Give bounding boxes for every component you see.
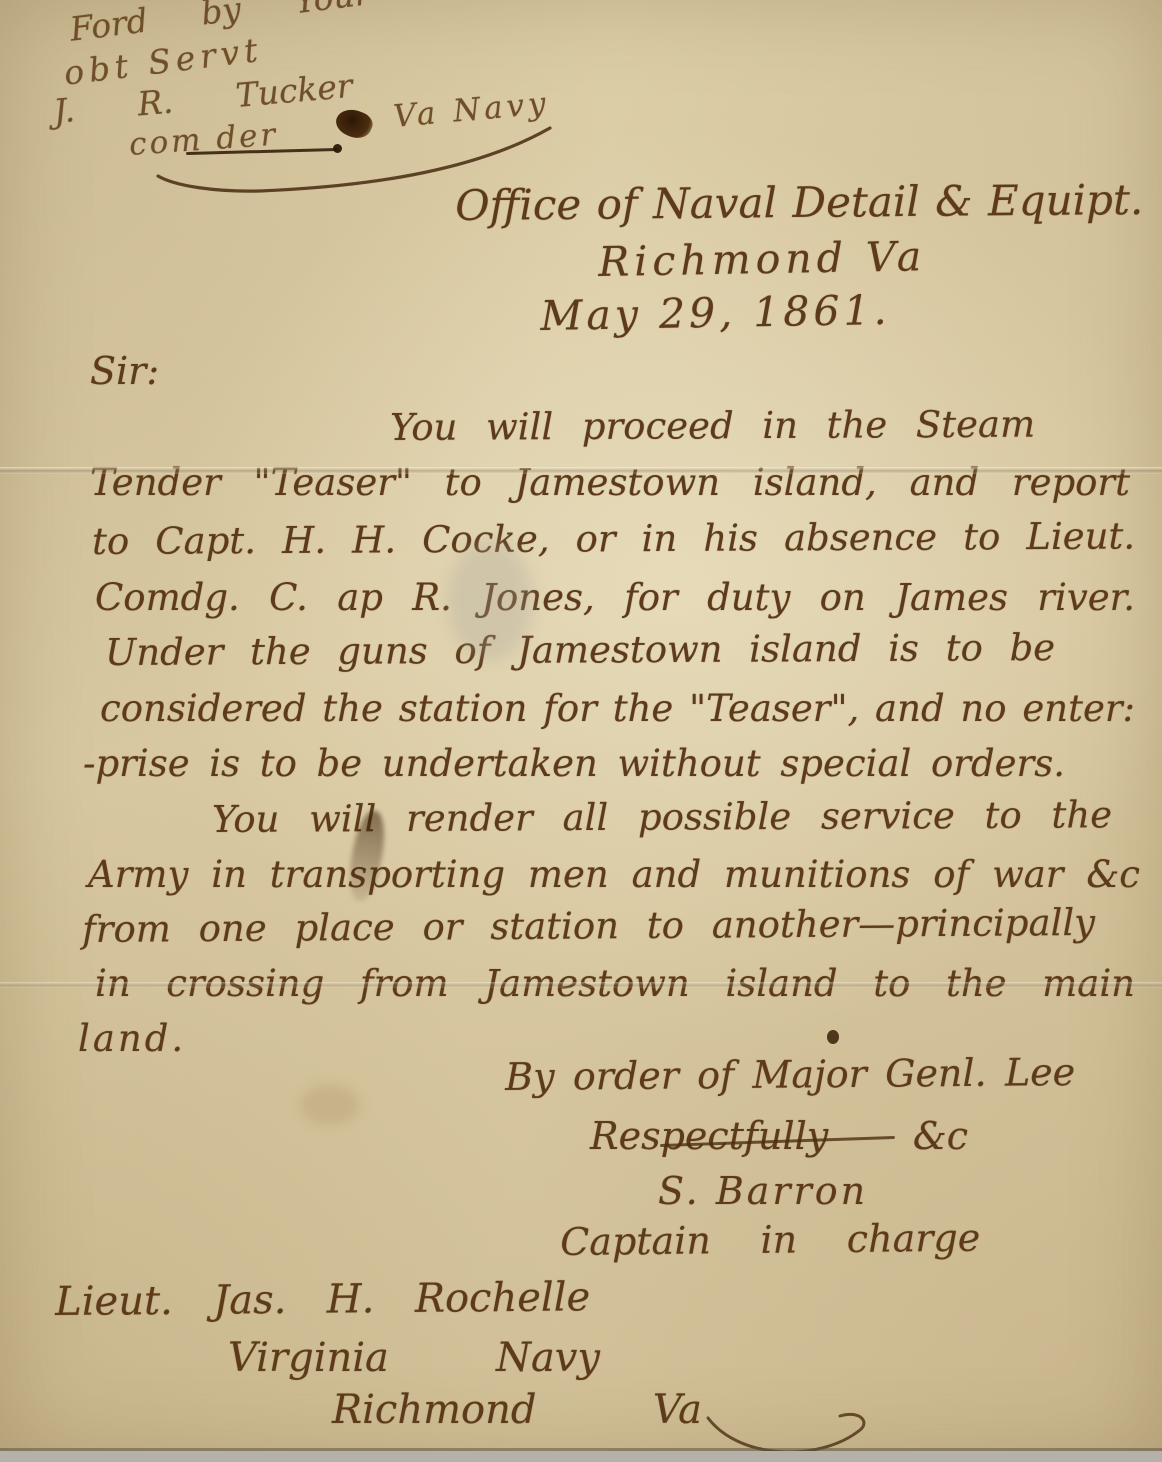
body-p2-line-1: You will render all possible service to …: [212, 794, 1112, 840]
scan-edge-line: [0, 1448, 1162, 1451]
recipient-place-line: Richmond Va: [332, 1388, 702, 1433]
endorsement-stroke-dot: [333, 144, 342, 153]
endorsement-line-5: Va Navy: [392, 86, 551, 134]
closing-respect-line: Respectfully &c: [590, 1115, 968, 1158]
signature: S. Barron: [658, 1170, 868, 1213]
body-p2-line-2: Army in transporting men and munitions o…: [88, 854, 1140, 895]
body-p1-line-3: to Capt. H. H. Cocke, or in his absence …: [92, 516, 1135, 563]
header-place-line: Richmond Va: [598, 234, 927, 286]
letter-page: Ford by Your obt Servt J. R. Tucker com …: [0, 0, 1162, 1462]
closing-order-line: By order of Major Genl. Lee: [505, 1051, 1075, 1099]
body-p1-line-6: considered the station for the "Teaser",…: [100, 688, 1135, 729]
body-p1-line-7: -prise is to be undertaken without speci…: [83, 743, 1065, 784]
recipient-flourish-stroke: [700, 1400, 880, 1462]
body-p1-line-1: You will proceed in the Steam: [390, 404, 1035, 449]
salutation: Sir:: [90, 350, 159, 393]
body-p2-line-3: from one place or station to another—pri…: [82, 902, 1095, 951]
body-p1-line-2: Tender "Teaser" to Jamestown island, and…: [90, 462, 1130, 503]
closing-title-line: Captain in charge: [560, 1217, 980, 1264]
endorsement-line-4: com der: [128, 118, 279, 163]
ink-blot: [332, 104, 376, 143]
faint-stain: [300, 1085, 360, 1125]
body-p2-line-5: land.: [78, 1018, 186, 1059]
header-date-line: May 29, 1861.: [540, 288, 891, 340]
body-p1-line-4: Comdg. C. ap R. Jones, for duty on James…: [95, 577, 1135, 618]
body-p2-line-4: in crossing from Jamestown island to the…: [95, 963, 1135, 1004]
body-p1-line-5: Under the guns of Jamestown island is to…: [105, 627, 1055, 673]
ink-dot: [827, 1030, 839, 1044]
scan-edge-strip: [0, 1451, 1162, 1462]
recipient-name-line: Lieut. Jas. H. Rochelle: [55, 1275, 590, 1324]
header-office-line: Office of Naval Detail & Equipt.: [455, 176, 1143, 229]
recipient-navy-line: Virginia Navy: [228, 1336, 600, 1381]
